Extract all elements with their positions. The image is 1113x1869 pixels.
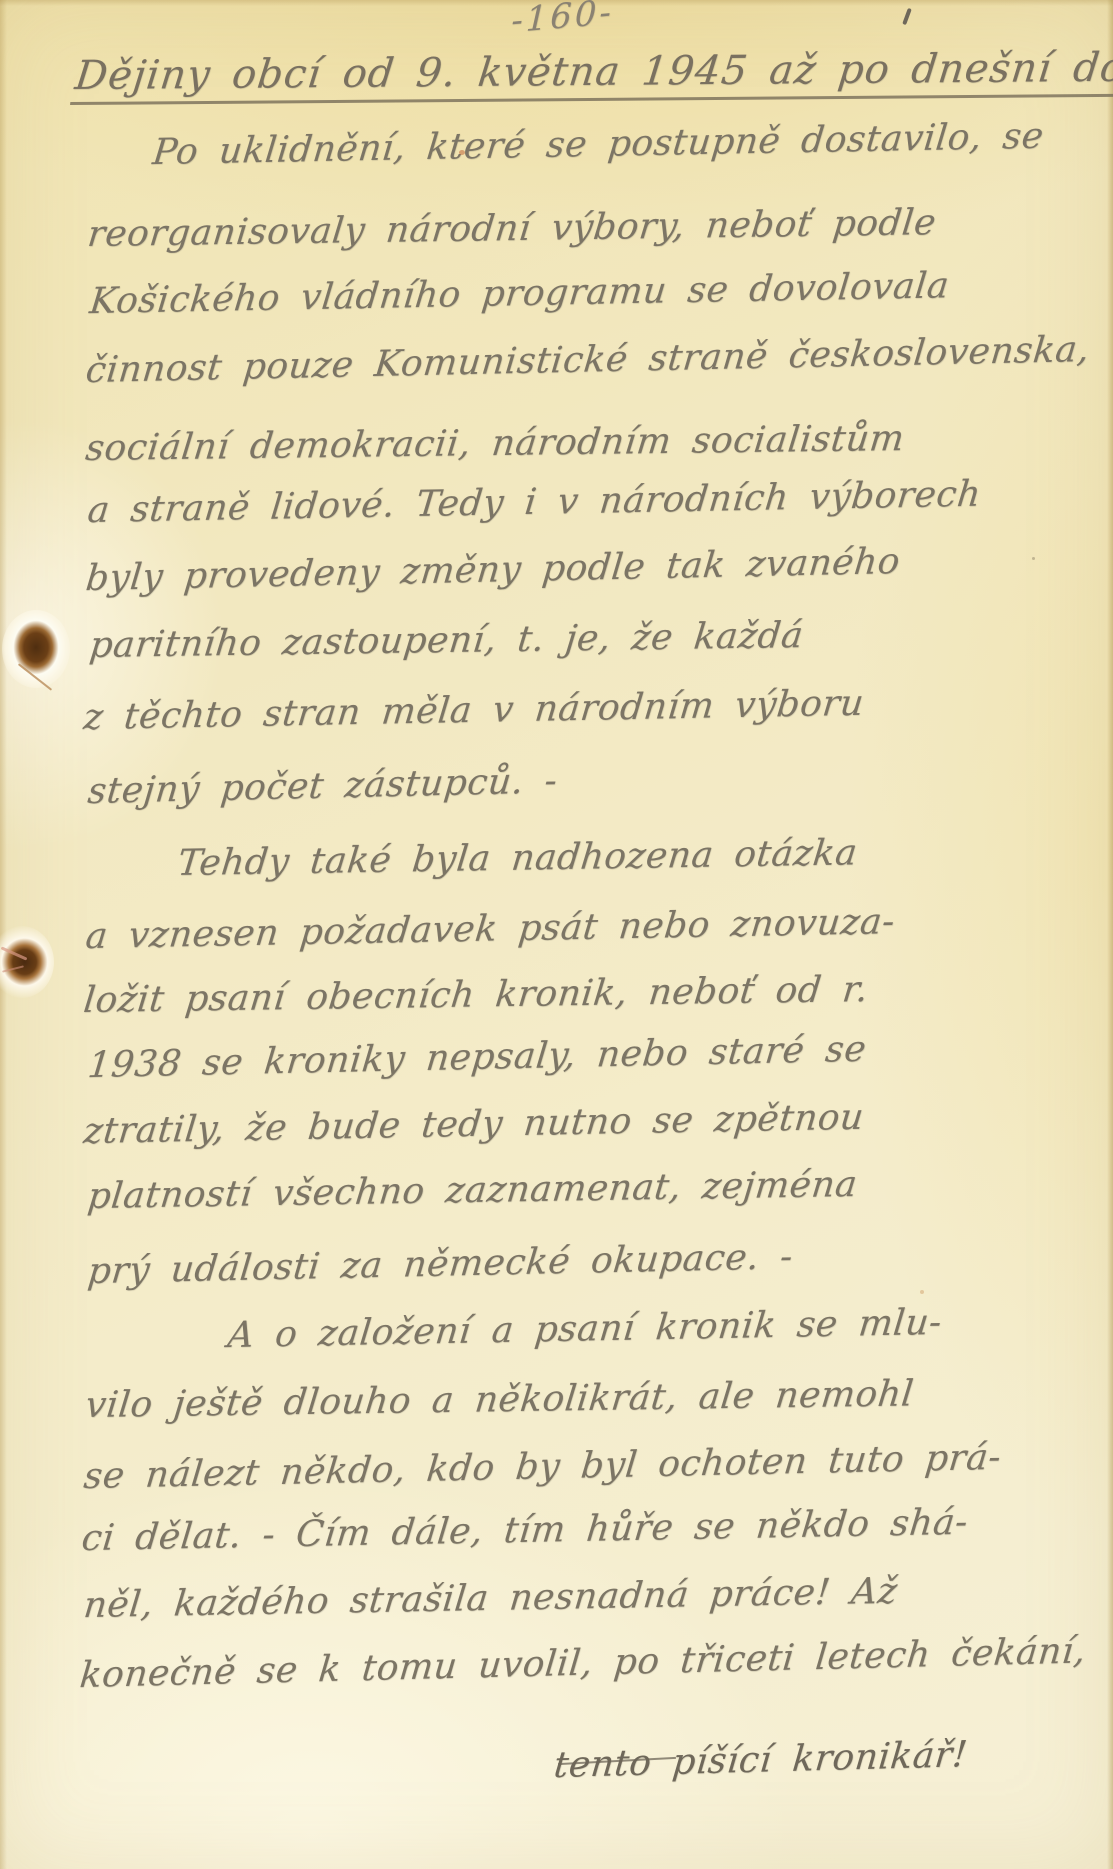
paper-tear-scratch (2, 965, 24, 972)
page-edge-left (0, 0, 7, 1869)
punch-hole-bottom (0, 926, 54, 998)
manuscript-line: něl, každého strašila nesnadná práce! Až (82, 1571, 900, 1627)
paper-tear-scratch (1, 946, 28, 960)
manuscript-line: sociální demokracii, národním socialistů… (83, 418, 906, 469)
manuscript-line: ztratily, že bude tedy nutno se zpětnou (82, 1097, 866, 1153)
manuscript-line: vilo ještě dlouho a několikrát, ale nemo… (83, 1373, 915, 1426)
paper-tear-scratch (18, 663, 52, 690)
page-edge-right (1107, 0, 1113, 1869)
manuscript-line: prý události za německé okupace. - (86, 1236, 795, 1292)
paper-speck (1032, 557, 1035, 560)
manuscript-line: reorganisovaly národní výbory, neboť pod… (85, 202, 938, 255)
manuscript-line: A o založení a psaní kronik se mlu- (226, 1302, 944, 1357)
manuscript-line: a straně lidové. Tedy i v národních výbo… (86, 474, 983, 532)
manuscript-line: platností všechno zaznamenat, zejména (86, 1164, 860, 1218)
stray-pen-mark (902, 8, 912, 25)
manuscript-line: Košického vládního programu se dovoloval… (88, 265, 952, 322)
manuscript-line: Po uklidnění, které se postupně dostavil… (151, 116, 1046, 174)
manuscript-line: paritního zastoupení, t. je, že každá (87, 615, 805, 666)
manuscript-line: se nálezt někdo, kdo by byl ochoten tuto… (82, 1437, 1003, 1498)
manuscript-line: z těchto stran měla v národním výboru (82, 683, 866, 739)
punch-hole-top (2, 610, 70, 688)
manuscript-line: konečně se k tomu uvolil, po třiceti let… (78, 1630, 1088, 1696)
manuscript-line: stejný počet zástupců. - (86, 760, 560, 812)
manuscript-line: činnost pouze Komunistické straně českos… (84, 329, 1092, 392)
page-number: -160- (511, 0, 615, 41)
manuscript-line: 1938 se kroniky nepsaly, nebo staré se (86, 1029, 869, 1087)
manuscript-line: ci dělat. - Čím dále, tím hůře se někdo … (80, 1502, 970, 1560)
manuscript-line: Tehdy také byla nadhozena otázka (176, 832, 860, 884)
manuscript-line: ložit psaní obecních kronik, neboť od r. (81, 969, 870, 1021)
page-title: Dějiny obcí od 9. května 1945 až po dneš… (70, 44, 1113, 105)
manuscript-line: byly provedeny změny podle tak zvaného (84, 541, 902, 600)
paper-speck (920, 1290, 924, 1294)
manuscript-line: a vznesen požadavek psát nebo znovuza- (84, 901, 897, 957)
manuscript-page: -160- Dějiny obcí od 9. května 1945 až p… (0, 0, 1113, 1869)
